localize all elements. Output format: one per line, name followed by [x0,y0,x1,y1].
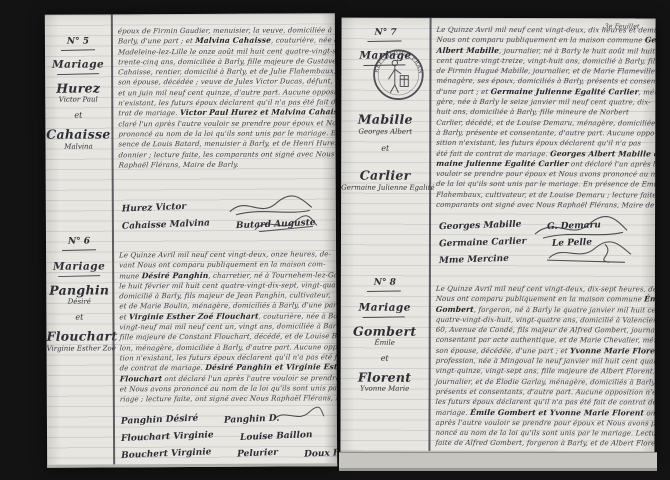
manuscript-line: ménagère, ses époux, domiciliés à Barly,… [436,76,653,87]
act8-bride-given: Yvonne Marie [341,385,429,393]
manuscript-line: d'une part ; et Germaine Julienne Egalit… [436,87,653,98]
act6-groom-surname: Panghin [46,282,112,297]
signature-paraph [271,405,327,425]
signature-row: Bouchert VirginiePelurierDoux François [121,441,337,459]
act6-number: N° 6 [46,236,112,246]
manuscript-line: Flahembaux, cultivateur, et de Louise De… [436,190,653,201]
manuscript-line: mariage. Émile Gombert et Yvonne Marie F… [435,407,652,418]
rule-line [367,290,401,292]
scanned-marriage-register: N° 5 Mariage Hurez Victor Paul et Cahais… [0,0,670,480]
act8-number: N° 8 [341,278,429,288]
act5-bride-surname: Cahaisse [45,126,111,141]
signature: Bouchert Virginie [121,447,212,461]
rule-line [368,40,402,42]
act6-bride-surname: Flouchart [46,328,112,343]
act8-conjunction: et [341,354,429,363]
act5-number: N° 5 [45,36,111,46]
act5-type: Mariage [45,58,111,70]
manuscript-line: journalier, et de Élodie Garlay, ménagèr… [435,377,652,388]
signature: Pelurier [237,448,278,460]
manuscript-line: comparants ont signé avec Nous Raphaël F… [436,200,653,211]
manuscript-line: de contrat de mariage. Désiré Panghin et… [119,363,333,374]
rule-line [58,275,100,277]
signature-row: Flouchart VirginieLouise Baillon [121,424,337,442]
act5-groom-given: Victor Paul [45,95,111,103]
manuscript-line: de la loi qu'ils sont unis par le mariag… [436,179,653,190]
act7-groom-given: Georges Albert [341,128,429,136]
act7-text: Le Quinze Avril mil neuf cent vingt-deux… [436,25,652,211]
manuscript-line: été fait de contrat de mariage. Georges … [436,148,653,159]
act5-conjunction: et [45,110,111,119]
act7-conjunction: et [341,144,429,153]
act6-text: Le Quinze Avril mil neuf cent vingt-deux… [119,249,333,405]
act8-type: Mariage [341,302,429,314]
signature: Cahaisse Malvina [122,218,210,232]
act6-groom-given: Désiré [46,297,112,305]
act7-groom-surname: Mabille [341,112,429,127]
manuscript-line: faite de Alfred Gombert, forgeron à Barl… [435,438,652,449]
manuscript-line: consentant par acte authentique, et de M… [435,335,652,346]
manuscript-line: fille majeure de Constant Flouchart, déc… [119,332,333,343]
page-stack-edge [339,452,657,468]
manuscript-line: Carlier, décédé, et de Louise Demaru, mé… [436,118,653,129]
manuscript-line: vant Nous ont comparu publiquement en la… [119,260,333,271]
rule-line [363,316,405,318]
republique-francaise-stamp: RÉPUBLIQUE FRANÇAISE [371,48,425,102]
act8-text: Le Quinze Avril mil neuf cent vingt-deux… [435,284,651,449]
act5-groom-surname: Hurez [45,80,111,95]
register-page-left: N° 5 Mariage Hurez Victor Paul et Cahais… [45,13,337,468]
manuscript-line: sition n'existant, les futurs époux décl… [436,138,653,149]
manuscript-line: les futurs époux déclarent qu'il n'a pas… [435,397,652,408]
manuscript-line: maine Julienne Egalité Carlier ont décla… [436,159,653,170]
act6-bride-given: Virginie Esther Zoé [47,344,113,352]
act5-text: époux de Firmin Gaudier, menuisier, la v… [118,25,332,170]
signature: Mme Mercine [439,254,509,266]
act8-bride-surname: Florent [341,370,429,385]
signature-paraph [251,213,321,235]
manuscript-line: vingt-quinze, vingt-sept ans, fille maje… [435,366,652,377]
manuscript-line: sence de Louis Batard, menuisier à Barly… [118,139,332,150]
manuscript-line: riage ; lecture faite, ont signé avec No… [119,393,333,404]
manuscript-line: son épouse, décédée, d'une part ; et Yvo… [435,346,652,357]
rule-line [61,49,95,51]
rule-line [62,249,96,251]
act6-conjunction: et [46,312,112,321]
manuscript-line: Albert Mabille, journalier, né à Barly l… [436,45,653,56]
manuscript-line: Raphaël Flérans, Maire de Barly. [118,159,332,170]
act5-bride-given: Malvina [45,142,111,150]
manuscript-line: Nous ont comparu publiquement en la mais… [435,294,652,305]
act6-type: Mariage [46,260,112,272]
register-page-right: 3e Feuillet N° 7 Mariage RÉPUBLIQUE FRAN… [340,18,655,455]
act8-groom-surname: Gombert [341,324,429,339]
marianne-figure-icon [388,60,408,92]
manuscript-line: Nous ont comparu publiquement en la mais… [436,35,653,46]
rule-line [57,73,99,75]
manuscript-line: Barly, d'une part ; et Malvina Cahaisse,… [118,36,332,47]
manuscript-line: trat de mariage. Victor Paul Hurez et Ma… [118,108,332,119]
manuscript-line: huit ans, domiciliée à Barly, fille mine… [436,107,653,118]
act7-bride-given: Germaine Julienne Egalité [341,184,429,192]
act8-groom-given: Émile [341,339,429,347]
act7-bride-surname: Carlier [341,168,429,183]
margin-rule [428,18,431,454]
signature: Doux François [304,447,337,460]
act7-number: N° 7 [342,28,430,38]
manuscript-line: Gombert, forgeron, né à Barly le quatre … [435,304,652,315]
signature-paraph [545,240,635,266]
